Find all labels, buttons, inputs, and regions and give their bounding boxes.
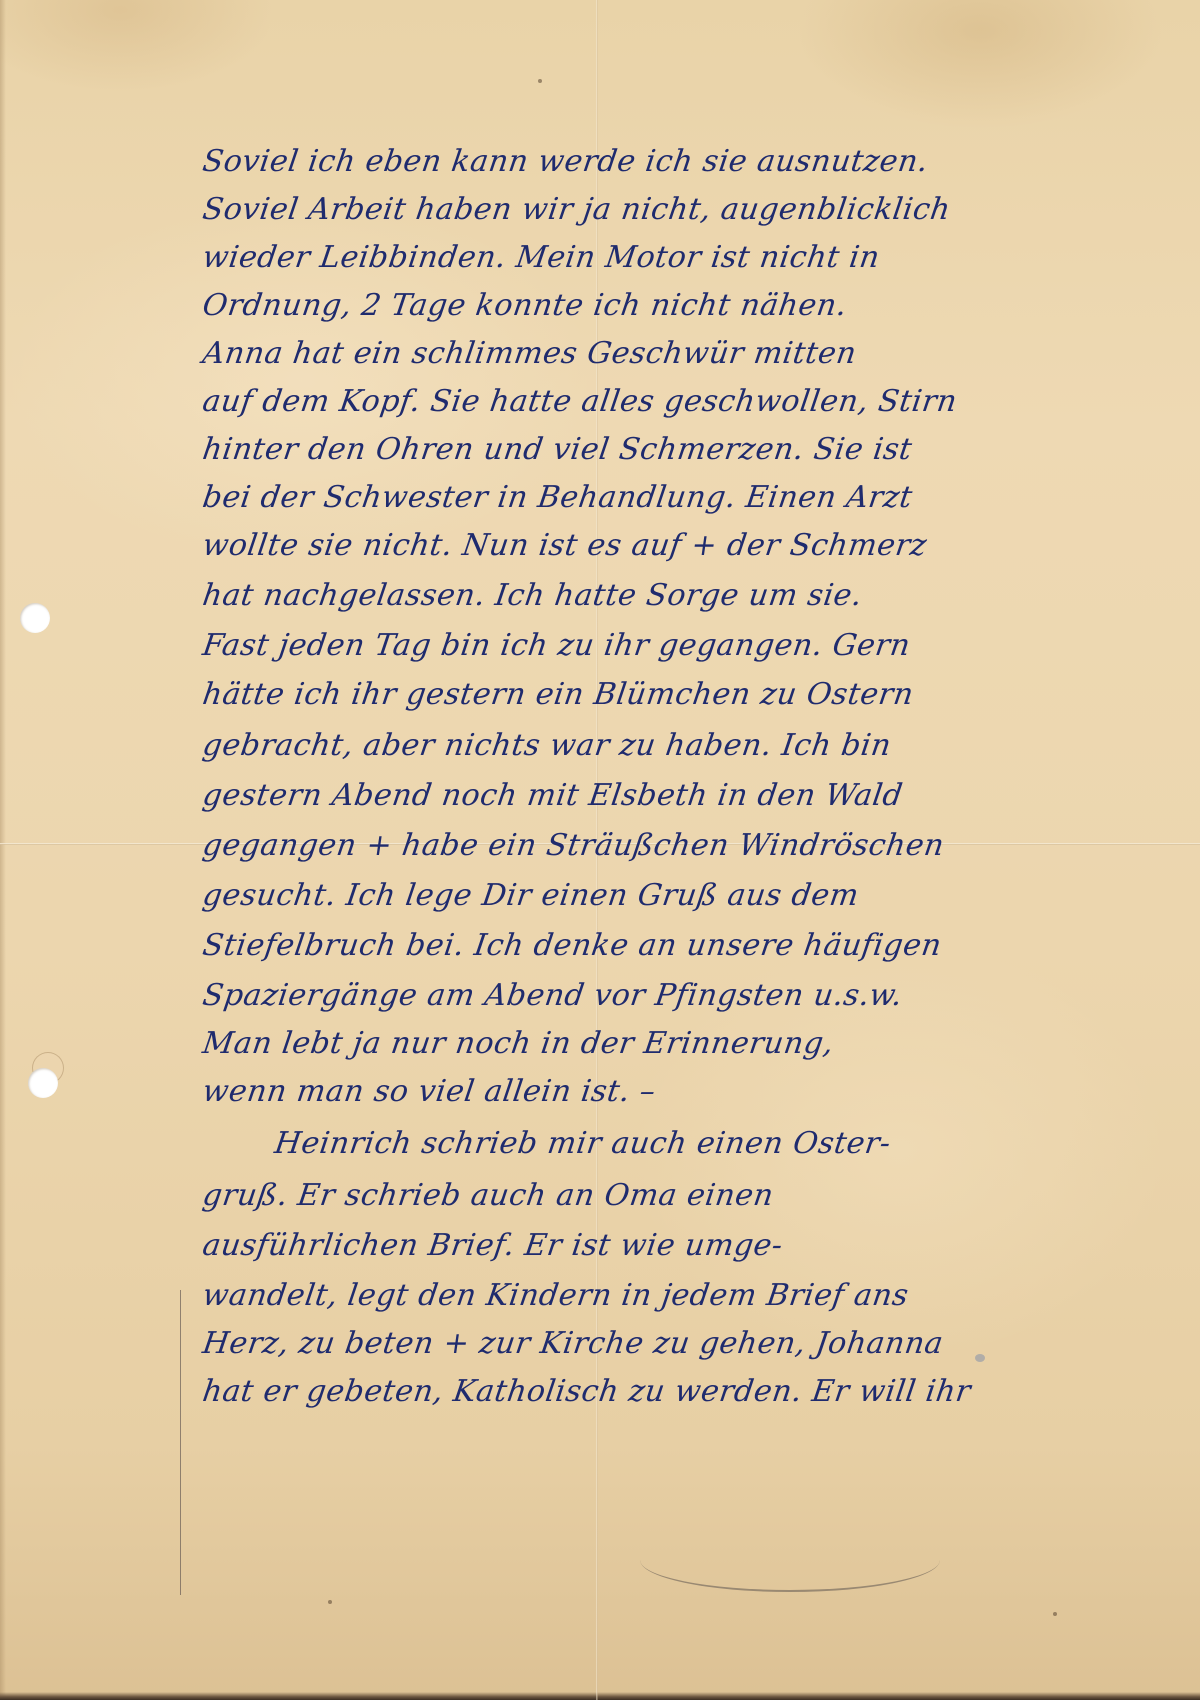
letter-line: gruß. Er schrieb auch an Oma einen <box>200 1176 1166 1216</box>
letter-line: hätte ich ihr gestern ein Blümchen zu Os… <box>200 675 1166 715</box>
letter-line: Stiefelbruch bei. Ich denke an unsere hä… <box>200 926 1166 966</box>
letter-line: Spaziergänge am Abend vor Pfingsten u.s.… <box>200 976 1166 1016</box>
letter-line: ausführlichen Brief. Er ist wie umge- <box>200 1226 1166 1266</box>
letter-line: Soviel Arbeit haben wir ja nicht, augenb… <box>200 190 1166 230</box>
punch-hole-upper <box>20 603 50 633</box>
pencil-underline-arc <box>640 1560 940 1592</box>
letter-line: Heinrich schrieb mir auch einen Oster- <box>272 1124 1200 1164</box>
letter-line: wollte sie nicht. Nun ist es auf + der S… <box>200 526 1166 566</box>
paper-speck <box>1053 1612 1057 1616</box>
paper-left-edge <box>0 0 6 1700</box>
paper-bottom-edge <box>0 1692 1200 1700</box>
letter-line: hinter den Ohren und viel Schmerzen. Sie… <box>200 430 1166 470</box>
letter-page: Soviel ich eben kann werde ich sie ausnu… <box>0 0 1200 1700</box>
paper-speck <box>538 79 542 83</box>
paper-speck <box>328 1600 332 1604</box>
pencil-margin-line <box>180 1290 181 1595</box>
letter-line: wenn man so viel allein ist. – <box>200 1072 1166 1112</box>
punch-hole-lower <box>28 1068 58 1098</box>
letter-line: hat nachgelassen. Ich hatte Sorge um sie… <box>200 576 1166 616</box>
letter-line: Herz, zu beten + zur Kirche zu gehen, Jo… <box>200 1324 1166 1364</box>
letter-line: gegangen + habe ein Sträußchen Windrösch… <box>200 826 1166 866</box>
letter-line: bei der Schwester in Behandlung. Einen A… <box>200 478 1166 518</box>
letter-line: wieder Leibbinden. Mein Motor ist nicht … <box>200 238 1166 278</box>
letter-line: Fast jeden Tag bin ich zu ihr gegangen. … <box>200 626 1166 666</box>
letter-line: Man lebt ja nur noch in der Erinnerung, <box>200 1024 1166 1064</box>
letter-line: hat er gebeten, Katholisch zu werden. Er… <box>200 1372 1166 1412</box>
letter-line: gestern Abend noch mit Elsbeth in den Wa… <box>200 776 1166 816</box>
letter-line: Soviel ich eben kann werde ich sie ausnu… <box>200 142 1166 182</box>
letter-line: gebracht, aber nichts war zu haben. Ich … <box>200 726 1166 766</box>
letter-line: wandelt, legt den Kindern in jedem Brief… <box>200 1276 1166 1316</box>
letter-line: Ordnung, 2 Tage konnte ich nicht nähen. <box>200 286 1166 326</box>
letter-line: gesucht. Ich lege Dir einen Gruß aus dem <box>200 876 1166 916</box>
letter-line: Anna hat ein schlimmes Geschwür mitten <box>200 334 1166 374</box>
letter-line: auf dem Kopf. Sie hatte alles geschwolle… <box>200 382 1166 422</box>
